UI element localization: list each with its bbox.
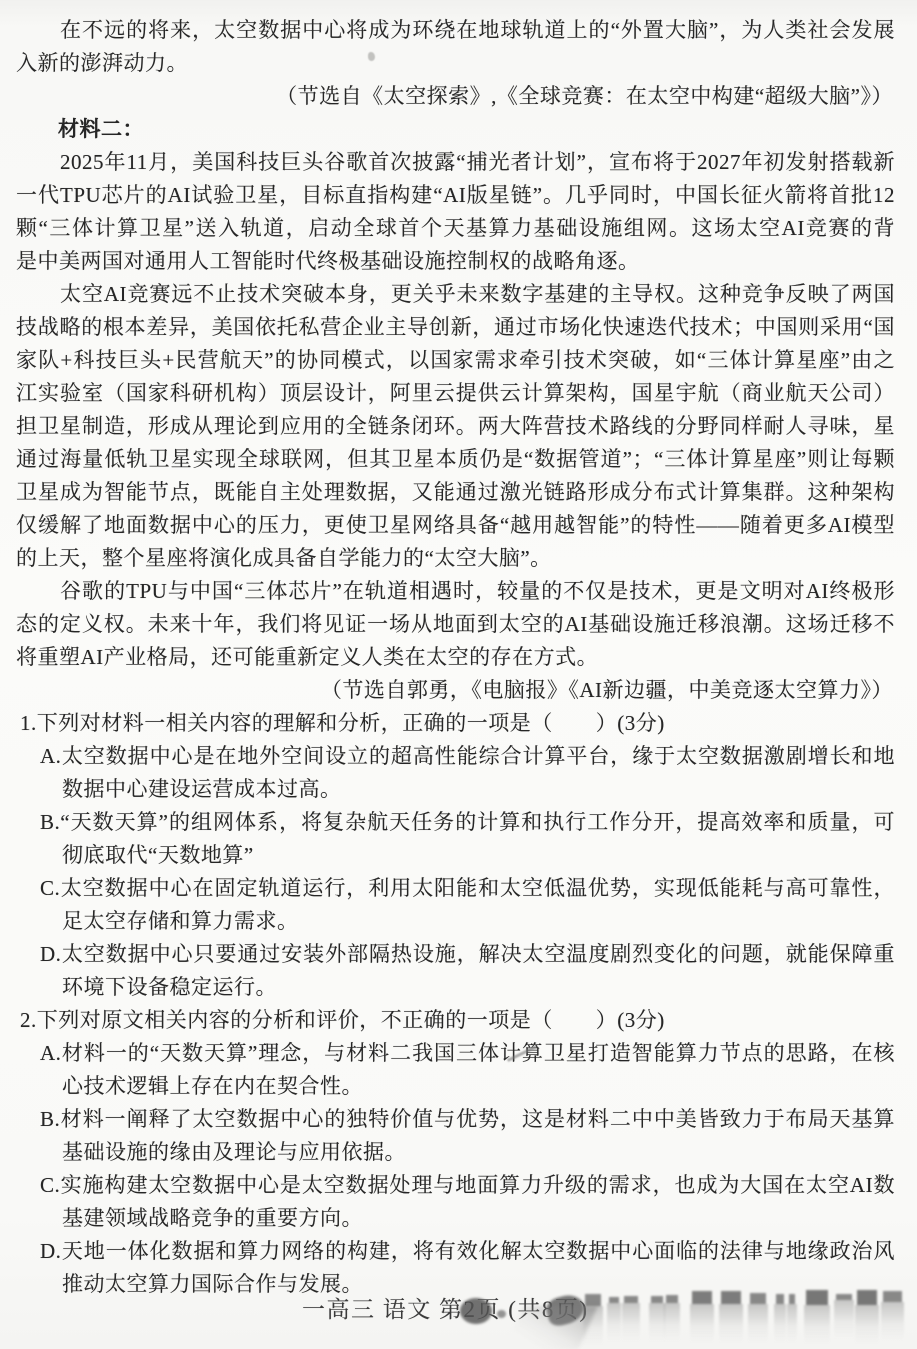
question-1-stem: 1.下列对材料一相关内容的理解和分析，正确的一项是（ ）(3分) [16,707,895,740]
exam-paper-page: 在不远的将来，太空数据中心将成为环绕在地球轨道上的“外置大脑”，为人类社会发展注… [0,0,917,1349]
question-1-option-a-cont: 数据中心建设运营成本过高。 [16,773,895,806]
print-smudge [721,1291,741,1304]
material-two-attribution: （节选自郭勇，《电脑报》《AI新边疆，中美竞逐太空算力》） [16,674,895,707]
question-1: 1.下列对材料一相关内容的理解和分析，正确的一项是（ ）(3分) A.太空数据中… [16,707,895,1004]
question-1-option-d-cont: 环境下设备稳定运行。 [16,971,895,1004]
material-two-paragraph-1: 2025年11月，美国科技巨头谷歌首次披露“捕光者计划”，宣布将于2027年初发… [16,146,895,278]
question-1-option-b: B.“天数天算”的组网体系，将复杂航天任务的计算和执行工作分开，提高效率和质量，… [16,806,895,839]
text-line: 是中美两国对通用人工智能时代终极基础设施控制权的战略角逐。 [16,245,895,278]
text-line: 技战略的根本差异，美国依托私营企业主导创新，通过市场化快速迭代技术；中国则采用“… [16,311,895,344]
text-line: 担卫星制造，形成从理论到应用的全链条闭环。两大阵营技术路线的分野同样耐人寻味，星… [16,410,895,443]
print-smudge [883,1291,902,1302]
material-two-paragraph-2: 太空AI竞赛远不止技术突破本身，更关乎未来数字基建的主导权。这种竞争反映了两国科… [16,278,895,575]
print-smudge [857,1290,877,1305]
text-line: 在不远的将来，太空数据中心将成为环绕在地球轨道上的“外置大脑”，为人类社会发展注 [16,14,895,47]
question-2-stem: 2.下列对原文相关内容的分析和评价，不正确的一项是（ ）(3分) [16,1004,895,1037]
print-smudge [776,1294,784,1304]
print-smudge [789,1294,795,1304]
text-line: 2025年11月，美国科技巨头谷歌首次披露“捕光者计划”，宣布将于2027年初发… [16,146,895,179]
question-2-option-c-cont: 基建领域战略竞争的重要方向。 [16,1202,895,1235]
print-smudge [692,1291,712,1304]
question-2: 2.下列对原文相关内容的分析和评价，不正确的一项是（ ）(3分) A.材料一的“… [16,1004,895,1301]
print-smudge [624,1296,638,1303]
text-line: 家队+科技巨头+民营航天”的协同模式，以国家需求牵引技术突破，如“三体计算星座”… [16,344,895,377]
question-1-option-c-cont: 足太空存储和算力需求。 [16,905,895,938]
text-line: 谷歌的TPU与中国“三体芯片”在轨道相遇时，较量的不仅是技术，更是文明对AI终极… [16,575,895,608]
print-smudge [651,1296,663,1303]
material-one-paragraph: 在不远的将来，太空数据中心将成为环绕在地球轨道上的“外置大脑”，为人类社会发展注… [16,14,895,80]
print-smudge [750,1293,766,1304]
text-line: 通过海量低轨卫星实现全球联网，但其卫星本质仍是“数据管道”；“三体计算星座”则让… [16,443,895,476]
question-1-option-a: A.太空数据中心是在地外空间设立的超高性能综合计算平台，缘于太空数据激剧增长和地… [16,740,895,773]
print-smudge [609,1297,619,1303]
ink-blot [460,1298,492,1324]
print-smudge [585,1294,601,1306]
question-2-option-a: A.材料一的“天数天算”理念，与材料二我国三体计算卫星打造智能算力节点的思路，在… [16,1037,895,1070]
text-line: 太空AI竞赛远不止技术突破本身，更关乎未来数字基建的主导权。这种竞争反映了两国科 [16,278,895,311]
question-1-option-c: C.太空数据中心在固定轨道运行，利用太阳能和太空低温优势，实现低能耗与高可靠性，… [16,872,895,905]
material-two-paragraph-3: 谷歌的TPU与中国“三体芯片”在轨道相遇时，较量的不仅是技术，更是文明对AI终极… [16,575,895,674]
question-1-option-b-cont: 彻底取代“天数地算” [16,839,895,872]
pencil-speck-mark [368,52,375,61]
ink-dot [497,1310,506,1318]
question-2-option-b: B.材料一阐释了太空数据中心的独特价值与优势，这是材料二中中美皆致力于布局天基算… [16,1103,895,1136]
material-one-attribution: （节选自《太空探索》,《全球竞赛：在太空中构建“超级大脑”》） [16,80,895,113]
text-line: 颗“三体计算卫星”送入轨道，启动全球首个天基算力基础设施组网。这场太空AI竞赛的… [16,212,895,245]
text-line: 仅缓解了地面数据中心的压力，更使卫星网络具备“越用越智能”的特性——随着更多AI… [16,509,895,542]
text-line: 的上天，整个星座将演化成具备自学能力的“太空大脑”。 [16,542,895,575]
text-line: 态的定义权。未来十年，我们将见证一场从地面到太空的AI基础设施迁移浪潮。这场迁移… [16,608,895,641]
question-2-option-d: D.天地一体化数据和算力网络的构建，将有效化解太空数据中心面临的法律与地缘政治风… [16,1235,895,1268]
question-2-option-a-cont: 心技术逻辑上存在内在契合性。 [16,1070,895,1103]
material-two-heading: 材料二： [16,113,895,146]
text-line: 江实验室（国家科研机构）顶层设计，阿里云提供云计算架构，国星宇航（商业航天公司）… [16,377,895,410]
question-1-option-d: D.太空数据中心只要通过安装外部隔热设施，解决太空温度剧烈变化的问题，就能保障重… [16,938,895,971]
text-line: 入新的澎湃动力。 [16,47,895,80]
print-smudge [806,1290,828,1305]
text-line: 卫星成为智能节点，既能自主处理数据，又能通过激光链路形成分布式计算集群。这种架构… [16,476,895,509]
text-line: 一代TPU芯片的AI试验卫星，目标直指构建“AI版星链”。几乎同时，中国长征火箭… [16,179,895,212]
print-smudge [666,1295,678,1303]
question-2-option-b-cont: 基础设施的缘由及理论与应用依据。 [16,1136,895,1169]
text-line: 将重塑AI产业格局，还可能重新定义人类在太空的存在方式。 [16,641,895,674]
text-column: 在不远的将来，太空数据中心将成为环绕在地球轨道上的“外置大脑”，为人类社会发展注… [16,14,895,1301]
question-2-option-c: C.实施构建太空数据中心是太空数据处理与地面算力升级的需求，也成为大国在太空AI… [16,1169,895,1202]
print-smudge [836,1294,852,1300]
